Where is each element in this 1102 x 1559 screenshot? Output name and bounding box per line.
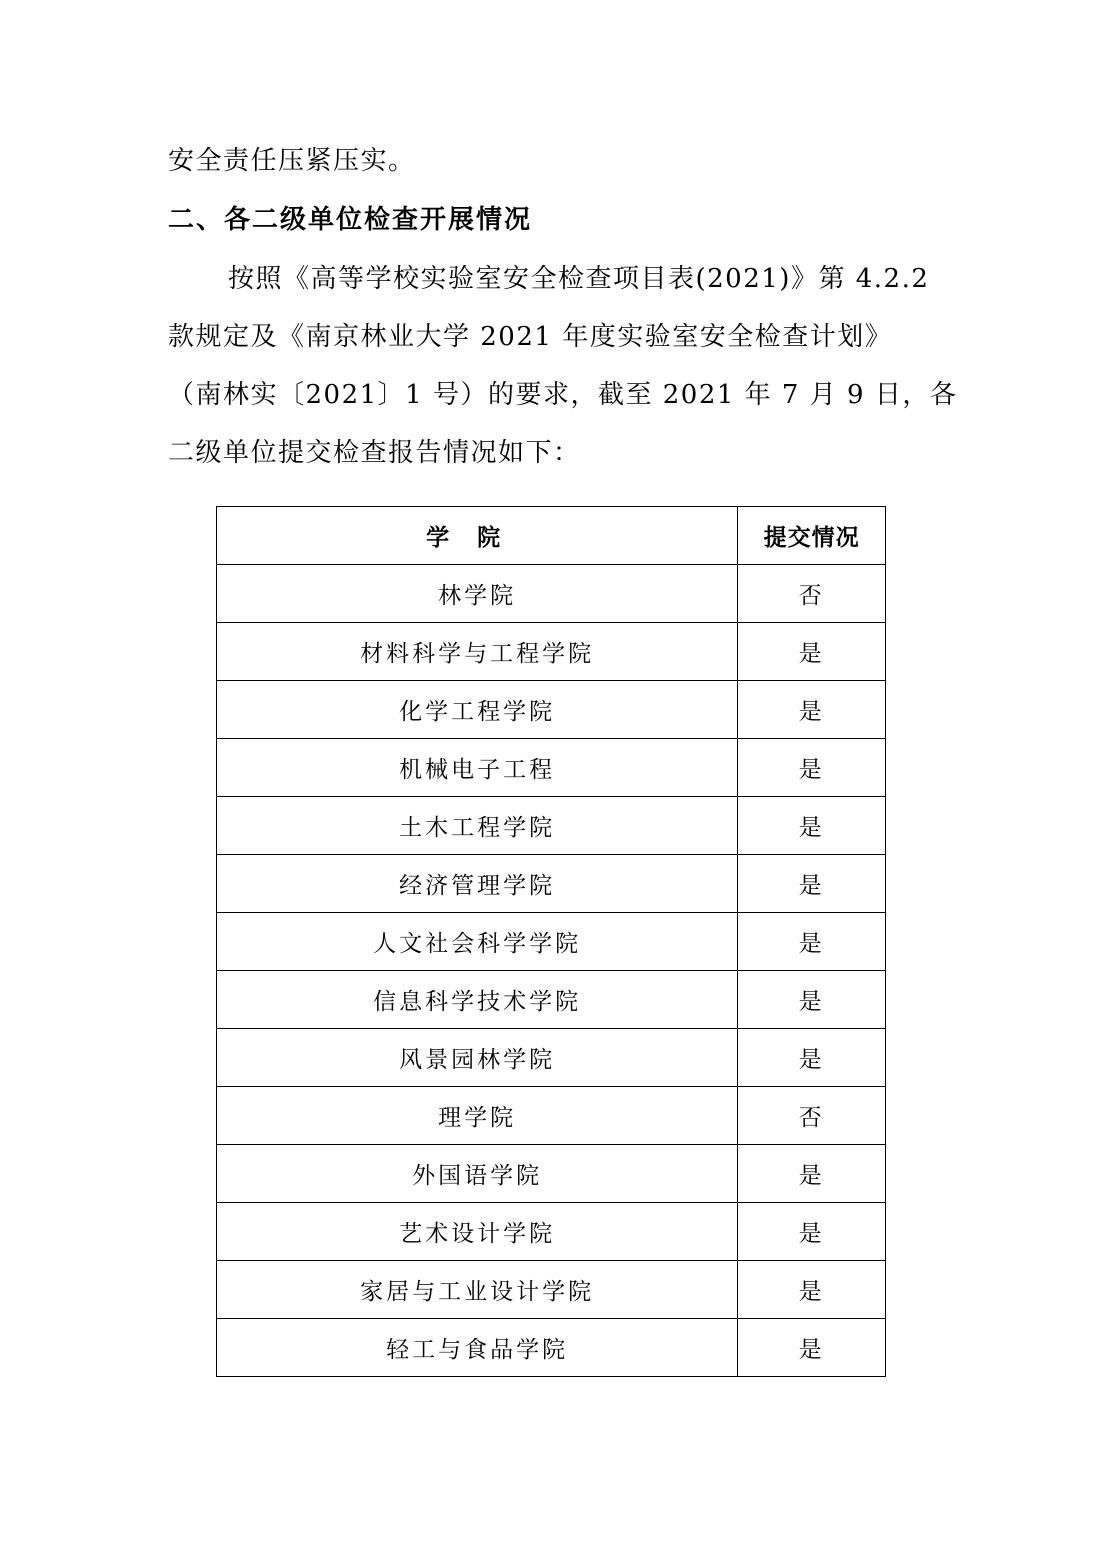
- table-row: 土木工程学院是: [217, 797, 886, 855]
- status-cell: 是: [738, 1145, 886, 1203]
- college-cell: 信息科学技术学院: [217, 971, 738, 1029]
- college-cell: 经济管理学院: [217, 855, 738, 913]
- status-cell: 是: [738, 971, 886, 1029]
- college-cell: 艺术设计学院: [217, 1203, 738, 1261]
- college-cell: 外国语学院: [217, 1145, 738, 1203]
- college-cell: 机械电子工程: [217, 739, 738, 797]
- paragraph-line: 安全责任压紧压实。: [168, 146, 416, 176]
- table-row: 艺术设计学院是: [217, 1203, 886, 1261]
- table-row: 化学工程学院是: [217, 681, 886, 739]
- table-row: 风景园林学院是: [217, 1029, 886, 1087]
- status-cell: 是: [738, 855, 886, 913]
- status-cell: 是: [738, 739, 886, 797]
- table-row: 经济管理学院是: [217, 855, 886, 913]
- section-heading: 二、各二级单位检查开展情况: [168, 205, 532, 235]
- submission-table: 学院 提交情况 林学院否 材料科学与工程学院是 化学工程学院是 机械电子工程是 …: [216, 506, 886, 1377]
- college-cell: 土木工程学院: [217, 797, 738, 855]
- status-cell: 否: [738, 1087, 886, 1145]
- table-row: 人文社会科学学院是: [217, 913, 886, 971]
- table-row: 材料科学与工程学院是: [217, 623, 886, 681]
- status-cell: 是: [738, 1029, 886, 1087]
- table-row: 轻工与食品学院是: [217, 1319, 886, 1377]
- college-cell: 家居与工业设计学院: [217, 1261, 738, 1319]
- table-row: 家居与工业设计学院是: [217, 1261, 886, 1319]
- table-row: 外国语学院是: [217, 1145, 886, 1203]
- status-cell: 否: [738, 565, 886, 623]
- status-cell: 是: [738, 1203, 886, 1261]
- college-cell: 轻工与食品学院: [217, 1319, 738, 1377]
- paragraph-line: （南林实〔2021〕1 号）的要求，截至 2021 年 7 月 9 日，各: [168, 380, 957, 410]
- college-cell: 林学院: [217, 565, 738, 623]
- table-row: 信息科学技术学院是: [217, 971, 886, 1029]
- status-cell: 是: [738, 913, 886, 971]
- paragraph-line: 款规定及《南京林业大学 2021 年度实验室安全检查计划》: [168, 322, 892, 352]
- paragraph-line: 二级单位提交检查报告情况如下：: [168, 438, 581, 468]
- paragraph-line: 按照《高等学校实验室安全检查项目表(2021)》第 4.2.2: [228, 264, 929, 294]
- table-row: 林学院否: [217, 565, 886, 623]
- status-cell: 是: [738, 1319, 886, 1377]
- college-cell: 人文社会科学学院: [217, 913, 738, 971]
- college-cell: 理学院: [217, 1087, 738, 1145]
- college-cell: 风景园林学院: [217, 1029, 738, 1087]
- college-cell: 材料科学与工程学院: [217, 623, 738, 681]
- status-cell: 是: [738, 797, 886, 855]
- status-cell: 是: [738, 623, 886, 681]
- status-cell: 是: [738, 1261, 886, 1319]
- table-header-row: 学院 提交情况: [217, 507, 886, 565]
- header-college: 学院: [217, 507, 738, 565]
- table-row: 机械电子工程是: [217, 739, 886, 797]
- status-cell: 是: [738, 681, 886, 739]
- header-status: 提交情况: [738, 507, 886, 565]
- college-cell: 化学工程学院: [217, 681, 738, 739]
- table-row: 理学院否: [217, 1087, 886, 1145]
